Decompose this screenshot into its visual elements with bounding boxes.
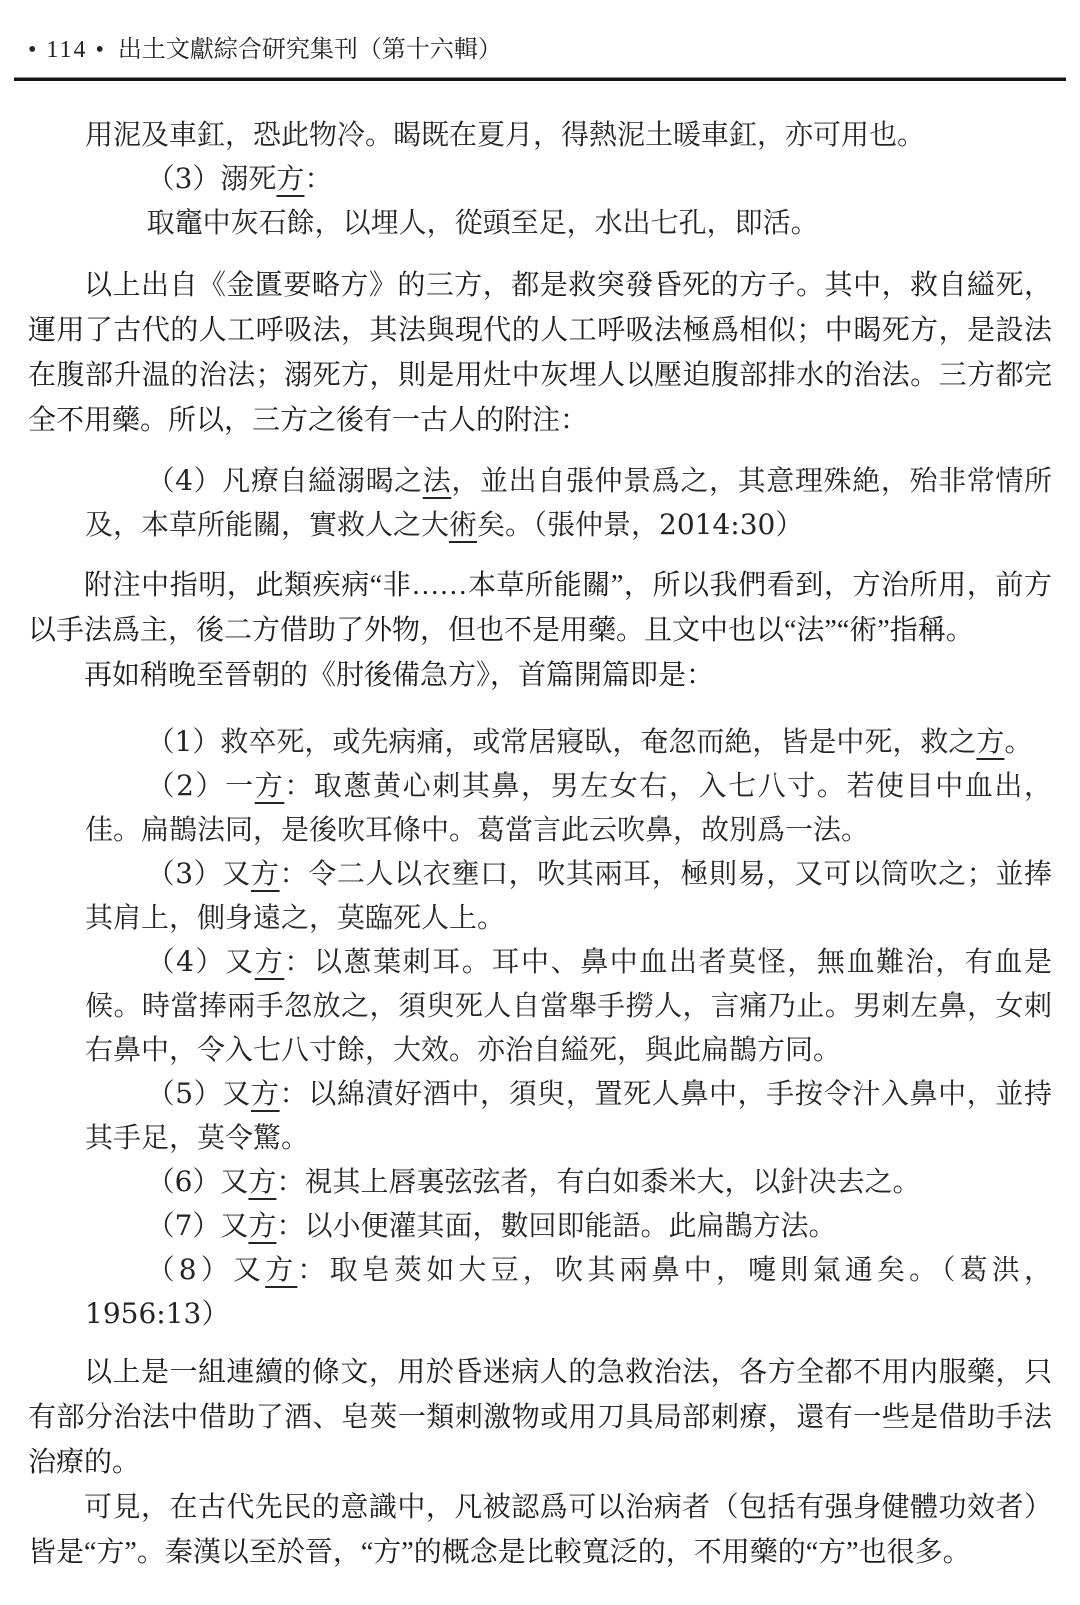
item-7-pre: （7）又 — [147, 1209, 249, 1242]
zhouhou-item-6: （6）又方：視其上唇裏弦弦者，有白如黍米大，以針决去之。 — [85, 1160, 1052, 1204]
underlined-term-fa: 法 — [423, 464, 452, 497]
page-body: 用泥及車釭，恐此物冷。暍既在夏月，得熱泥土暖車釭，亦可用也。 （3）溺死方： 取… — [0, 81, 1080, 1575]
zhouhou-item-3: （3）又方：令二人以衣壅口，吹其兩耳，極則易，又可以筒吹之；並捧其肩上，側身遠之… — [85, 852, 1052, 940]
quote-item-3-pre: （3）溺死 — [147, 162, 277, 195]
paragraph-annotation-comment: 附注中指明，此類疾病“非……本草所能關”，所以我們看到，方治所用，前方以手法爲主… — [28, 563, 1052, 653]
zhouhou-item-2: （2）一方：取蔥黄心刺其鼻，男左女右，入七八寸。若使目中血出，佳。扁鵲法同，是後… — [85, 764, 1052, 852]
paragraph-conclusion-fang: 可見，在古代先民的意識中，凡被認爲可以治病者（包括有强身健體功效者）皆是“方”。… — [28, 1485, 1052, 1575]
underlined-term-fang: 方 — [265, 1253, 297, 1286]
item-2-pre: （2）一 — [147, 769, 255, 802]
underlined-term-fang: 方 — [248, 1209, 276, 1242]
annotation-post: 矣。（張仲景，2014:30） — [477, 508, 803, 541]
item-6-post: ：視其上唇裏弦弦者，有白如黍米大，以針决去之。 — [276, 1165, 920, 1198]
item-7-post: ：以小便灌其面，數回即能語。此扁鵲方法。 — [276, 1209, 836, 1242]
quote-block-jingui-yaolue: 用泥及車釭，恐此物冷。暍既在夏月，得熱泥土暖車釭，亦可用也。 （3）溺死方： 取… — [85, 113, 1052, 245]
quote-block-annotation: （4）凡療自縊溺暍之法，並出自張仲景爲之，其意理殊絶，殆非常情所及，本草所能關，… — [85, 459, 1052, 547]
underlined-term-fang: 方 — [276, 162, 304, 195]
zhouhou-item-4: （4）又方：以蔥葉刺耳。耳中、鼻中血出者莫怪，無血難治，有血是候。時當捧兩手忽放… — [85, 940, 1052, 1072]
underlined-term-shu: 術 — [449, 508, 477, 541]
underlined-term-fang: 方 — [255, 769, 285, 802]
underlined-term-fang: 方 — [251, 1077, 280, 1110]
quote-item-4-annotation: （4）凡療自縊溺暍之法，並出自張仲景爲之，其意理殊絶，殆非常情所及，本草所能關，… — [85, 459, 1052, 547]
running-header: • 114 •出土文獻綜合研究集刊（第十六輯） — [0, 0, 1080, 65]
quote-block-zhouhou-items: （1）救卒死，或先病痛，或常居寢臥，奄忽而絶，皆是中死，救之方。 （2）一方：取… — [85, 720, 1052, 1336]
quote-item-3-heading: （3）溺死方： — [85, 157, 1052, 201]
underlined-term-fang: 方 — [255, 945, 285, 978]
journal-title: 出土文獻綜合研究集刊（第十六輯） — [118, 37, 502, 63]
underlined-term-fang: 方 — [251, 857, 280, 890]
zhouhou-item-8: （8）又方：取皂莢如大豆，吹其兩鼻中，嚏則氣通矣。（葛洪，1956:13） — [85, 1248, 1052, 1336]
zhouhou-item-5: （5）又方：以綿漬好酒中，須臾，置死人鼻中，手按令汁入鼻中，並持其手足，莫令驚。 — [85, 1072, 1052, 1160]
item-3-pre: （3）又 — [147, 857, 251, 890]
item-8-pre: （8）又 — [147, 1253, 266, 1286]
quote-continuation-line: 用泥及車釭，恐此物冷。暍既在夏月，得熱泥土暖車釭，亦可用也。 — [85, 113, 1052, 157]
paragraph-zhouhou-intro: 再如稍晚至晉朝的《肘後備急方》，首篇開篇即是： — [28, 653, 1052, 698]
zhouhou-item-1: （1）救卒死，或先病痛，或常居寢臥，奄忽而絶，皆是中死，救之方。 — [85, 720, 1052, 764]
item-1-pre: （1）救卒死，或先病痛，或常居寢臥，奄忽而絶，皆是中死，救之 — [147, 725, 977, 758]
journal-page: • 114 •出土文獻綜合研究集刊（第十六輯） 用泥及車釭，恐此物冷。暍既在夏月… — [0, 0, 1080, 1605]
item-6-pre: （6）又 — [147, 1165, 249, 1198]
paragraph-summary-items: 以上是一組連續的條文，用於昏迷病人的急救治法，各方全都不用内服藥，只有部分治法中… — [28, 1350, 1052, 1485]
item-5-pre: （5）又 — [147, 1077, 251, 1110]
annotation-pre: （4）凡療自縊溺暍之 — [147, 464, 423, 497]
underlined-term-fang: 方 — [248, 1165, 276, 1198]
paragraph-discussion-jingui: 以上出自《金匱要略方》的三方，都是救突發昏死的方子。其中，救自縊死，運用了古代的… — [28, 263, 1052, 443]
item-1-post: 。 — [1004, 725, 1032, 758]
item-4-pre: （4）又 — [147, 945, 255, 978]
underlined-term-fang: 方 — [976, 725, 1004, 758]
quote-item-3-colon: ： — [304, 162, 332, 195]
zhouhou-item-7: （7）又方：以小便灌其面，數回即能語。此扁鵲方法。 — [85, 1204, 1052, 1248]
page-number: • 114 • — [28, 37, 106, 63]
quote-item-3-body: 取竈中灰石餘，以埋人，從頭至足，水出七孔，即活。 — [85, 201, 1052, 245]
